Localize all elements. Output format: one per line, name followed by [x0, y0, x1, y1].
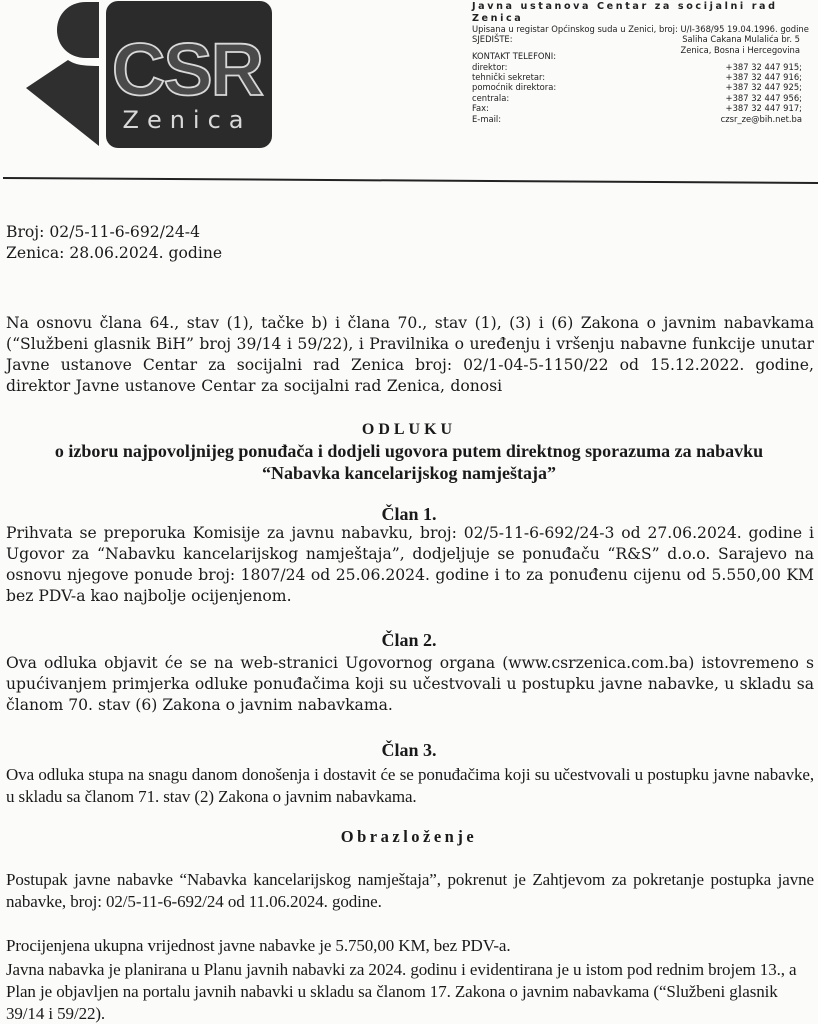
article-2-heading: Član 2.: [0, 630, 818, 651]
contacts-list: direktor:+387 32 447 915;tehnički sekret…: [472, 62, 802, 124]
contact-value: +387 32 447 917;: [726, 103, 802, 113]
preamble: Na osnovu člana 64., stav (1), tačke b) …: [6, 313, 814, 397]
contact-value: czsr_ze@bih.net.ba: [721, 114, 802, 124]
org-registry: Upisana u registar Općinskog suda u Zeni…: [472, 24, 802, 34]
contact-row: pomoćnik direktora:+387 32 447 925;: [472, 82, 802, 92]
svg-text:CSR: CSR: [112, 28, 263, 111]
article-2-text: Ova odluka objavit će se na web-stranici…: [6, 653, 814, 716]
csr-logo-icon: CSR Zenica: [24, 0, 274, 150]
reasoning-paragraph-2: Procijenjena ukupna vrijednost javne nab…: [6, 935, 814, 957]
contact-row: direktor:+387 32 447 915;: [472, 62, 802, 72]
org-name-line1: Javna ustanova Centar za socijalni rad: [472, 1, 802, 12]
contact-label: Fax:: [472, 103, 489, 113]
reasoning-paragraph-1: Postupak javne nabavke “Nabavka kancelar…: [6, 869, 814, 913]
contact-label: pomoćnik direktora:: [472, 82, 556, 92]
header-divider: [3, 177, 818, 184]
contact-label: tehnički sekretar:: [472, 72, 545, 82]
organization-info: Javna ustanova Centar za socijalni rad Z…: [472, 0, 802, 124]
contact-row: tehnički sekretar:+387 32 447 916;: [472, 72, 802, 82]
org-name-line2: Zenica: [472, 13, 802, 24]
contact-label: centrala:: [472, 93, 509, 103]
contact-label: E-mail:: [472, 114, 501, 124]
article-1-text: Prihvata se preporuka Komisije za javnu …: [6, 523, 814, 607]
reasoning-paragraph-3: Javna nabavka je planirana u Planu javni…: [6, 959, 806, 1024]
csr-logo: CSR Zenica: [24, 0, 274, 150]
svg-text:Zenica: Zenica: [123, 106, 252, 134]
contact-value: +387 32 447 956;: [726, 93, 802, 103]
decision-subtitle-line1: o izboru najpovoljnijeg ponuđača i dodje…: [0, 440, 818, 462]
contact-value: +387 32 447 925;: [726, 82, 802, 92]
decision-subtitle-line2: “Nabavka kancelarijskog namještaja”: [0, 462, 818, 484]
reasoning-title: Obrazloženje: [0, 827, 818, 847]
decision-title: ODLUKU: [0, 421, 818, 439]
document-number: Broj: 02/5-11-6-692/24-4: [6, 222, 814, 243]
contact-label: direktor:: [472, 62, 507, 72]
article-3-text: Ova odluka stupa na snagu danom donošenj…: [6, 764, 814, 808]
article-3-heading: Član 3.: [0, 740, 818, 761]
contact-row: Fax:+387 32 447 917;: [472, 103, 802, 113]
contact-row: E-mail:czsr_ze@bih.net.ba: [472, 114, 802, 124]
reference-block: Broj: 02/5-11-6-692/24-4 Zenica: 28.06.2…: [6, 222, 814, 264]
place-date: Zenica: 28.06.2024. godine: [6, 243, 814, 264]
article-1-heading: Član 1.: [0, 504, 818, 525]
address-line1: Saliha Cakana Mulalića br. 5: [472, 34, 802, 44]
contact-row: centrala:+387 32 447 956;: [472, 93, 802, 103]
contact-value: +387 32 447 915;: [726, 62, 802, 72]
contact-value: +387 32 447 916;: [726, 72, 802, 82]
